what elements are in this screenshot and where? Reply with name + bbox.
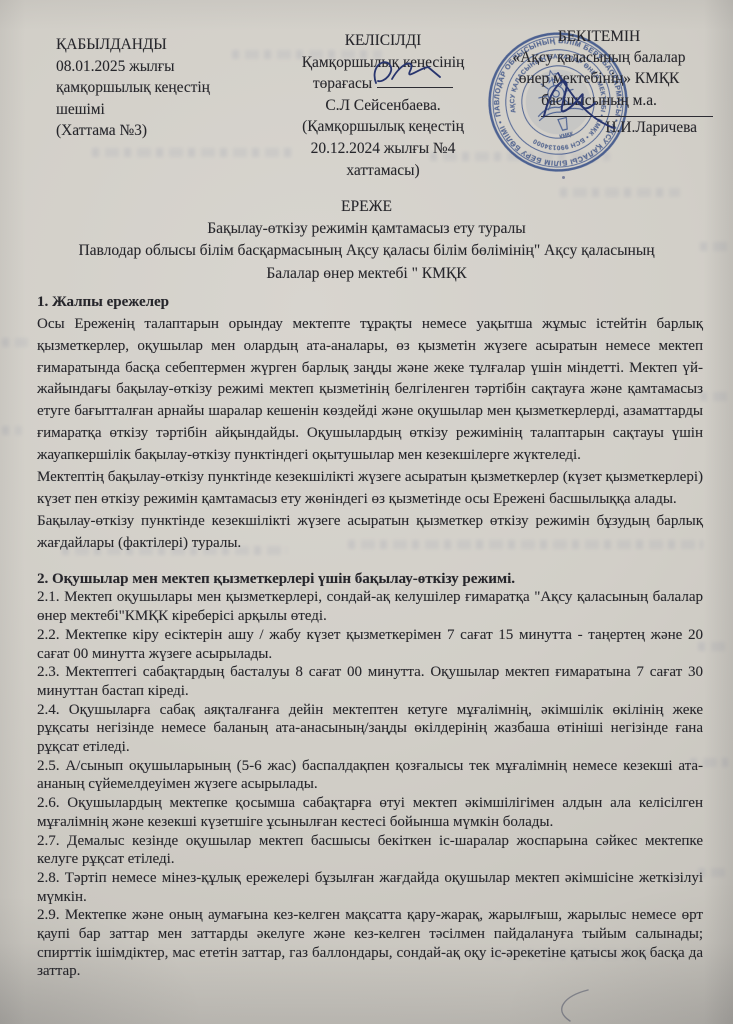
paragraph: Осы Ереженің талаптарын орындау мектепте… <box>37 314 703 467</box>
approved-title: ҚАБЫЛДАНДЫ <box>56 34 281 56</box>
list-item: 2.4. Оқушыларға сабақ аяқталғанға дейін … <box>37 701 703 757</box>
agreed-signer-name: С.Л Сейсенбаева. <box>276 95 490 117</box>
title-block: ЕРЕЖЕ Бақылау-өткізу режимін қамтамасыз … <box>0 196 733 285</box>
agreed-line: хаттамасы) <box>276 160 490 182</box>
section-heading: 1. Жалпы ережелер <box>37 292 703 314</box>
list-item: 2.3. Мектептегі сабақтардың басталуы 8 с… <box>37 663 703 700</box>
section-heading: 2. Оқушылар мен мектеп қызметкерлері үші… <box>37 570 703 589</box>
approved-line: қамқоршылық кеңестің <box>56 77 281 99</box>
approval-title: БЕКІТЕМІН <box>485 26 713 47</box>
agreed-line: (Қамқоршылық кеңестің <box>276 116 490 138</box>
approved-line: (Хаттама №3) <box>56 120 281 142</box>
approved-line: 08.01.2025 жылғы <box>56 56 281 78</box>
list-item: 2.9. Мектепке және оның аумағына кез-кел… <box>37 906 703 981</box>
list-item: 2.2. Мектепке кіру есіктерін ашу / жабу … <box>37 626 703 663</box>
section-gap <box>37 555 703 570</box>
bleed-through-artifact <box>2 338 28 347</box>
approved-block: ҚАБЫЛДАНДЫ 08.01.2025 жылғы қамқоршылық … <box>56 34 281 142</box>
agreed-title: КЕЛІСІЛДІ <box>276 30 490 52</box>
director-signature <box>524 60 656 138</box>
ink-dot <box>562 176 565 179</box>
list-item: 2.6. Оқушылардың мектепке қосымша сабақт… <box>37 794 703 831</box>
agreed-block: КЕЛІСІЛДІ Қамқоршылық кеңесінің төрағасы… <box>276 30 490 181</box>
paragraph: Бақылау-өткізу пунктінде кезекшілікті жү… <box>37 511 703 555</box>
chairman-signature <box>360 51 452 93</box>
doc-subtitle: Бақылау-өткізу режимін қамтамасыз ету ту… <box>0 218 733 240</box>
agreed-line: 20.12.2024 жылғы №4 <box>276 138 490 160</box>
document-body: 1. Жалпы ережелер Осы Ереженің талаптары… <box>37 292 703 981</box>
doc-org-line: Балалар өнер мектебі " КМҚК <box>0 263 733 285</box>
paragraph: Мектептің бақылау-өткізу пунктінде кезек… <box>37 467 703 511</box>
agreed-role-line: төрағасы <box>276 73 490 95</box>
doc-org-line: Павлодар облысы білім басқармасының Ақсу… <box>0 240 733 262</box>
bleed-through-artifact <box>2 426 22 435</box>
doc-title: ЕРЕЖЕ <box>0 196 733 218</box>
list-item: 2.7. Демалыс кезінде оқушылар мектеп бас… <box>37 832 703 869</box>
pen-mark <box>548 986 600 1024</box>
list-item: 2.1. Мектеп оқушылары мен қызметкерлері,… <box>37 588 703 625</box>
section-general-provisions: 1. Жалпы ережелер Осы Ереженің талаптары… <box>37 292 703 555</box>
scanned-document-page: ҚАБЫЛДАНДЫ 08.01.2025 жылғы қамқоршылық … <box>0 0 733 1024</box>
bleed-through-artifact <box>700 392 730 401</box>
section-access-regime: 2. Оқушылар мен мектеп қызметкерлері үші… <box>37 570 703 981</box>
approved-line: шешімі <box>56 99 281 121</box>
list-item: 2.5. А/сынып оқушыларының (5-6 жас) басп… <box>37 757 703 794</box>
list-item: 2.8. Тәртіп немесе мінез-құлық ережелері… <box>37 869 703 906</box>
